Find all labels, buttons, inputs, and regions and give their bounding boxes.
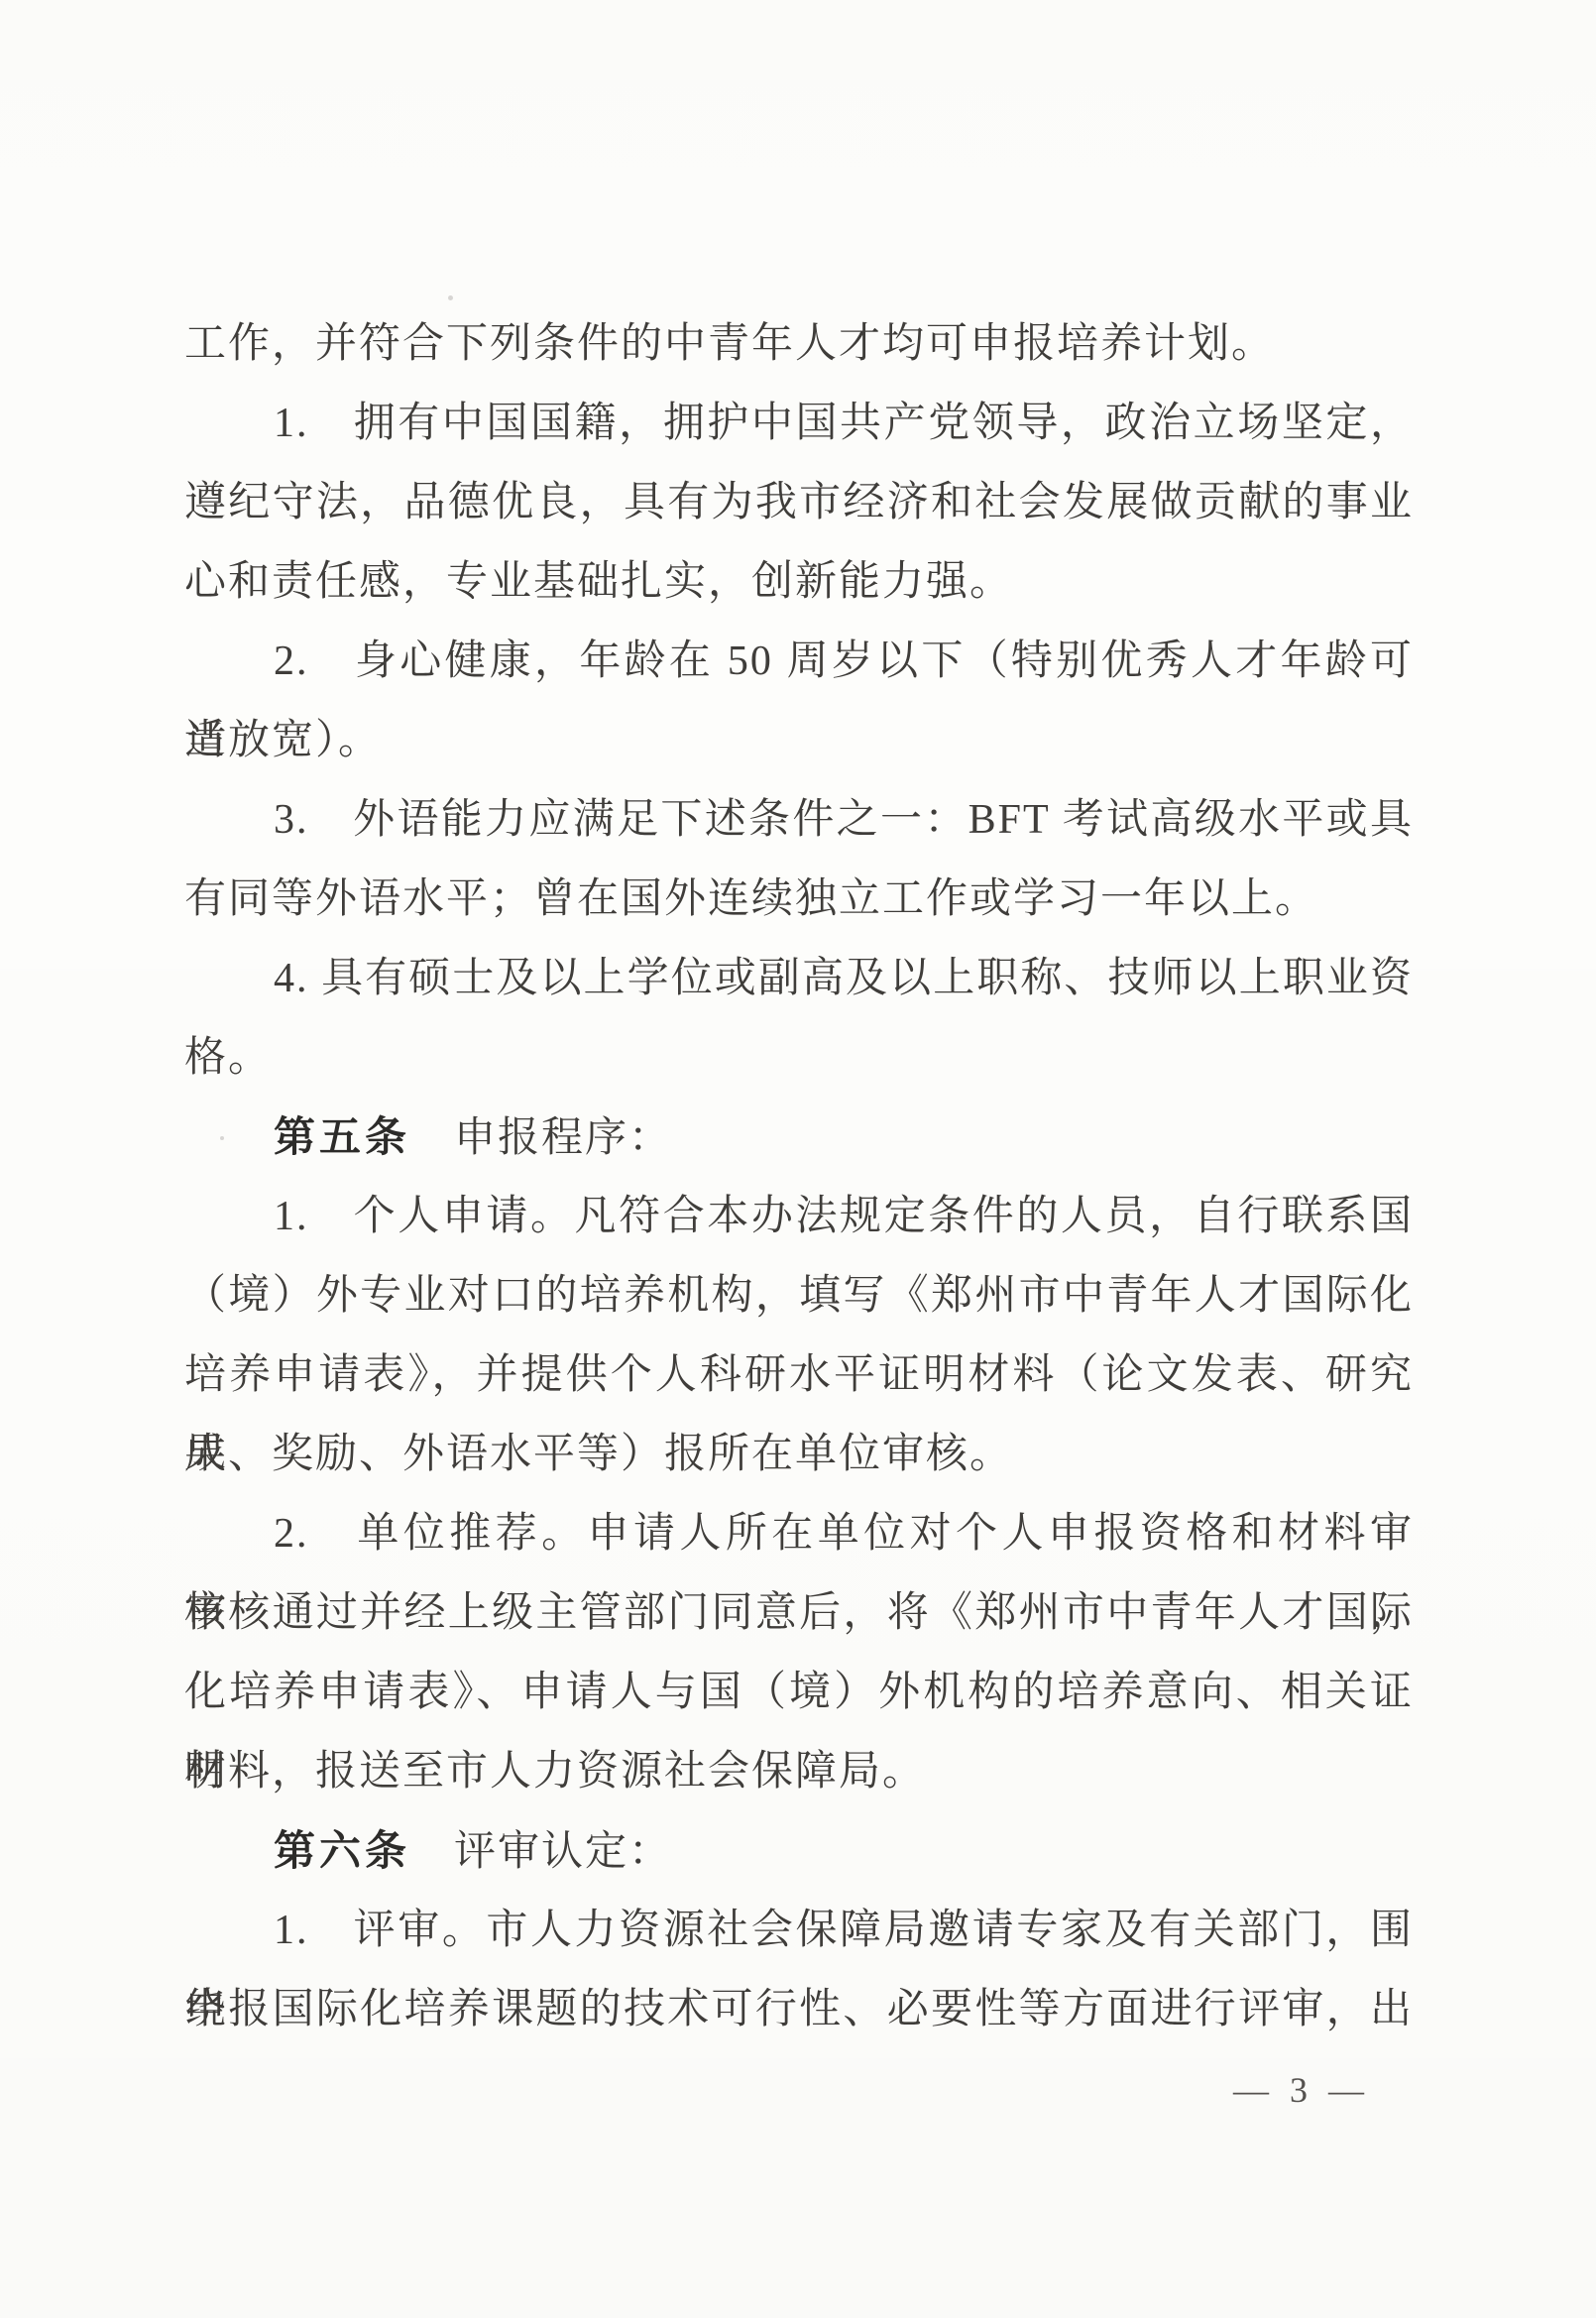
- text-segment: 4. 具有硕士及以上学位或副高及以上职称、技师以上职业资: [274, 956, 1414, 1001]
- text-line: 格。: [184, 1018, 1414, 1098]
- scan-speck: [448, 295, 453, 300]
- text-line: 化培养申请表》、申请人与国（境）外机构的培养意向、相关证明: [184, 1653, 1414, 1732]
- text-segment: 申报程序：: [410, 1115, 672, 1161]
- text-segment: 申报国际化培养课题的技术可行性、必要性等方面进行评审，出: [184, 1987, 1414, 2032]
- text-line: 2. 身心健康，年龄在 50 周岁以下（特别优秀人才年龄可适: [184, 622, 1414, 701]
- text-line: 申报国际化培养课题的技术可行性、必要性等方面进行评审，出: [184, 1970, 1414, 2049]
- text-line: 当放宽）。: [184, 701, 1414, 780]
- text-segment: 心和责任感，专业基础扎实，创新能力强。: [184, 559, 1013, 605]
- text-line: 遵纪守法，品德优良，具有为我市经济和社会发展做贡献的事业: [184, 463, 1414, 542]
- document-body: 工作，并符合下列条件的中青年人才均可申报培养计划。1. 拥有中国国籍，拥护中国共…: [184, 304, 1414, 2049]
- text-segment: 有同等外语水平；曾在国外连续独立工作或学习一年以上。: [184, 876, 1318, 922]
- text-line: 有同等外语水平；曾在国外连续独立工作或学习一年以上。: [184, 860, 1414, 939]
- text-line: 1. 评审。市人力资源社会保障局邀请专家及有关部门，围绕: [184, 1891, 1414, 1970]
- text-segment: 评审认定：: [410, 1829, 672, 1875]
- text-segment: 1. 拥有中国国籍，拥护中国共产党领导，政治立场坚定，: [274, 401, 1414, 446]
- text-line: 3. 外语能力应满足下述条件之一：BFT 考试高级水平或具: [184, 780, 1414, 860]
- text-segment: 工作，并符合下列条件的中青年人才均可申报培养计划。: [184, 321, 1275, 367]
- article-heading-term: 第六条: [274, 1827, 410, 1874]
- text-segment: （境）外专业对口的培养机构，填写《郑州市中青年人才国际化: [184, 1273, 1414, 1319]
- text-line: 工作，并符合下列条件的中青年人才均可申报培养计划。: [184, 304, 1414, 384]
- text-segment: 材料，报送至市人力资源社会保障局。: [184, 1749, 926, 1795]
- text-line: （境）外专业对口的培养机构，填写《郑州市中青年人才国际化: [184, 1256, 1414, 1335]
- text-segment: 当放宽）。: [184, 718, 382, 763]
- text-line: 1. 个人申请。凡符合本办法规定条件的人员，自行联系国: [184, 1177, 1414, 1256]
- page-number: — 3 —: [1233, 2066, 1370, 2114]
- text-segment: 1. 个人申请。凡符合本办法规定条件的人员，自行联系国: [274, 1194, 1414, 1239]
- text-line: 第五条 申报程序：: [184, 1098, 1414, 1177]
- text-segment: 审核通过并经上级主管部门同意后，将《郑州市中青年人才国际: [184, 1590, 1414, 1636]
- document-page: 工作，并符合下列条件的中青年人才均可申报培养计划。1. 拥有中国国籍，拥护中国共…: [0, 0, 1596, 2318]
- text-segment: 遵纪守法，品德优良，具有为我市经济和社会发展做贡献的事业: [184, 480, 1414, 525]
- text-line: 心和责任感，专业基础扎实，创新能力强。: [184, 542, 1414, 622]
- text-segment: 格。: [184, 1035, 272, 1081]
- text-line: 果、奖励、外语水平等）报所在单位审核。: [184, 1415, 1414, 1494]
- text-line: 2. 单位推荐。申请人所在单位对个人申报资格和材料审核，: [184, 1494, 1414, 1573]
- text-line: 培养申请表》，并提供个人科研水平证明材料（论文发表、研究成: [184, 1335, 1414, 1415]
- text-segment: 3. 外语能力应满足下述条件之一：BFT 考试高级水平或具: [274, 797, 1414, 843]
- text-line: 审核通过并经上级主管部门同意后，将《郑州市中青年人才国际: [184, 1573, 1414, 1653]
- text-line: 第六条 评审认定：: [184, 1811, 1414, 1891]
- text-line: 4. 具有硕士及以上学位或副高及以上职称、技师以上职业资: [184, 939, 1414, 1018]
- text-line: 材料，报送至市人力资源社会保障局。: [184, 1732, 1414, 1811]
- text-segment: 果、奖励、外语水平等）报所在单位审核。: [184, 1432, 1013, 1477]
- text-line: 1. 拥有中国国籍，拥护中国共产党领导，政治立场坚定，: [184, 384, 1414, 463]
- article-heading-term: 第五条: [274, 1113, 410, 1160]
